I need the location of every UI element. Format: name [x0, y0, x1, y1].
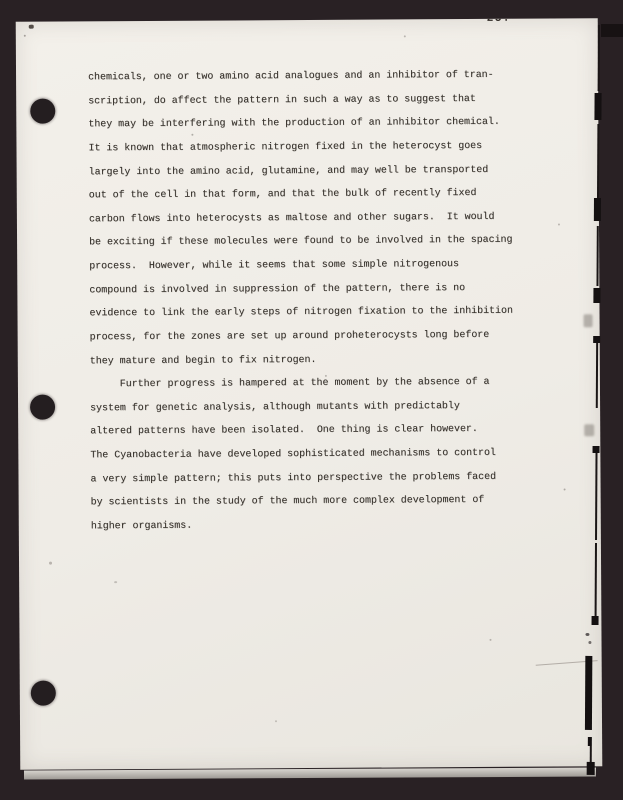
ink-speck [191, 134, 193, 136]
typewritten-line: be exciting if these molecules were foun… [89, 228, 513, 254]
page-number-fragment: 25. [487, 18, 511, 26]
typewritten-line: system for genetic analysis, although mu… [90, 394, 514, 420]
typewritten-line: a very simple pattern; this puts into pe… [90, 464, 514, 490]
typewritten-line: It is known that atmospheric nitrogen fi… [88, 134, 512, 160]
hole-punch-middle [30, 395, 55, 420]
typewritten-line: largely into the amino acid, glutamine, … [89, 157, 513, 183]
typewritten-line: Further progress is hampered at the mome… [90, 370, 514, 396]
hole-punch-bottom [31, 681, 56, 706]
bleed-through-mark [584, 314, 593, 327]
typewritten-line: altered patterns have been isolated. One… [90, 417, 514, 443]
ink-speck [275, 720, 277, 722]
typewritten-line: compound is involved in suppression of t… [89, 275, 513, 301]
scanned-document: 25. chemicals, one or two amino acid ana… [0, 0, 623, 800]
ink-speck [49, 562, 52, 565]
ink-speck [564, 488, 566, 490]
ink-speck [24, 35, 26, 37]
scan-artifact [601, 24, 623, 37]
typewritten-line: out of the cell in that form, and that t… [89, 181, 513, 207]
typewritten-line: The Cyanobacteria have developed sophist… [90, 441, 514, 467]
typewritten-line: by scientists in the study of the much m… [91, 488, 515, 514]
typewritten-line: they mature and begin to fix nitrogen. [90, 346, 514, 372]
bleed-through-mark [584, 424, 594, 436]
typewritten-text: chemicals, one or two amino acid analogu… [88, 63, 514, 538]
ink-speck [404, 35, 406, 37]
typewritten-line: process, for the zones are set up around… [90, 323, 514, 349]
ink-speck [114, 581, 117, 583]
typewritten-line: chemicals, one or two amino acid analogu… [88, 63, 512, 89]
ink-speck [29, 25, 34, 29]
ink-speck [325, 375, 327, 377]
typewritten-line: carbon flows into heterocysts as maltose… [89, 205, 513, 231]
typewritten-line: they may be interfering with the product… [88, 110, 512, 136]
typewritten-line: scription, do affect the pattern in such… [88, 86, 512, 112]
scratch-mark [536, 660, 598, 666]
page: 25. chemicals, one or two amino acid ana… [16, 18, 603, 770]
typewritten-line: higher organisms. [91, 512, 515, 538]
typewritten-line: evidence to link the early steps of nitr… [89, 299, 513, 325]
page-stack-edge [24, 768, 596, 780]
typewritten-line: process. However, while it seems that so… [89, 252, 513, 278]
ink-speck [489, 639, 491, 641]
ink-speck [558, 223, 560, 225]
hole-punch-top [30, 99, 55, 124]
